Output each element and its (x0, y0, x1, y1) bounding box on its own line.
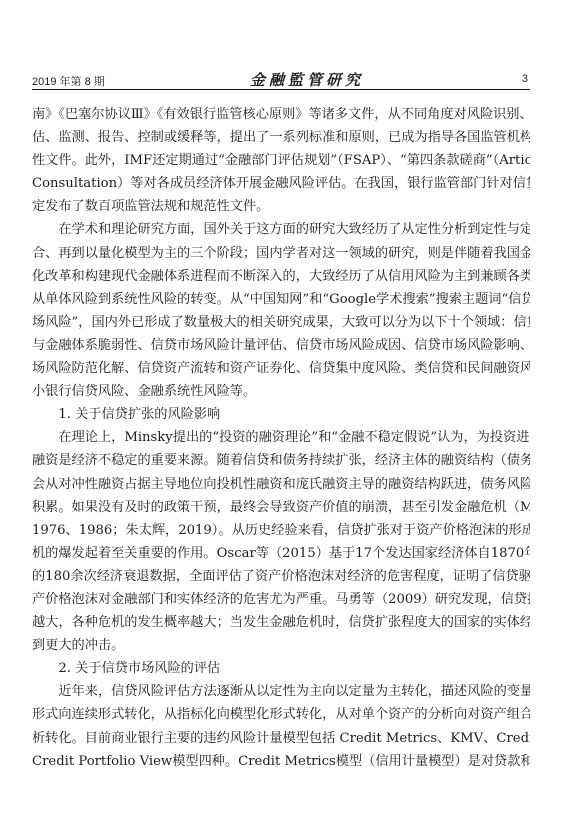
text-line: 估、监测、报告、控制或缓释等，提出了一系列标准和原则，已成为指导各国监管机构的纲… (32, 126, 530, 149)
text-line: 产价格泡沫对金融部门和实体经济的危害尤为严重。马勇等（2009）研究发现，信贷扩… (32, 588, 530, 611)
text-line: 积累。如果没有及时的政策干预，最终会导致资产价值的崩溃，甚至引发金融危机（Min… (32, 496, 530, 519)
text-line: 机的爆发起着至关重要的作用。Oscar等（2015）基于17个发达国家经济体自1… (32, 542, 530, 565)
text-line: 合、再到以量化模型为主的三个阶段；国内学者对这一领域的研究，则是伴随着我国金融市… (32, 242, 530, 265)
paragraph: 在理论上，Minsky提出的“投资的融资理论”和“金融不稳定假说”认为，为投资进… (32, 426, 530, 657)
text-line: 化改革和构建现代金融体系进程而不断深入的，大致经历了从信用风险为主到兼顾各类风险… (32, 265, 530, 288)
section-heading: 1. 关于信贷扩张的风险影响 (32, 403, 530, 426)
journal-logo: 金融監管研究 (250, 69, 364, 90)
text-line: Consultation）等对各成员经济体开展金融风险评估。在我国，银行监管部门… (32, 172, 530, 195)
text-line: 越大，各种危机的发生概率越大；当发生金融危机时，信贷扩张程度大的国家的实体经济将… (32, 611, 530, 634)
text-line: 与金融体系脆弱性、信贷市场风险计量评估、信贷市场风险成因、信贷市场风险影响、信贷… (32, 334, 530, 357)
text-line: 近年来，信贷风险评估方法逐渐从以定性为主向以定量为主转化，描述风险的变量从离散 (32, 680, 530, 703)
text-line: 从单体风险到系统性风险的转变。从“中国知网”和“Google学术搜索”搜索主题词… (32, 288, 530, 311)
text-line: Credit Portfolio View模型四种。Credit Metrics… (32, 750, 530, 773)
text-line: 场风险”，国内外已形成了数量极大的相关研究成果，大致可以分为以下十个领域：信贷扩… (32, 311, 530, 334)
text-line: 小银行信贷风险、金融系统性风险等。 (32, 380, 530, 403)
text-line: 定发布了数百项监管法规和规范性文件。 (32, 195, 530, 218)
paragraph: 南》《巴塞尔协议Ⅲ》《有效银行监管核心原则》等诸多文件，从不同角度对风险识别、计… (32, 103, 530, 218)
running-header: 2019 年第 8 期 金融監管研究 3 (32, 72, 530, 90)
text-line: 的180余次经济衰退数据，全面评估了资产价格泡沫对经济的危害程度，证明了信贷驱动… (32, 565, 530, 588)
text-line: 1. 关于信贷扩张的风险影响 (32, 403, 530, 426)
text-line: 1976、1986；朱太辉，2019）。从历史经验来看，信贷扩张对于资产价格泡沫… (32, 519, 530, 542)
text-line: 到更大的冲击。 (32, 634, 530, 657)
section-heading: 2. 关于信贷市场风险的评估 (32, 657, 530, 680)
text-line: 在学术和理论研究方面，国外关于这方面的研究大致经历了从定性分析到定性与定量相结 (32, 218, 530, 241)
page-number: 3 (522, 73, 528, 85)
text-line: 南》《巴塞尔协议Ⅲ》《有效银行监管核心原则》等诸多文件，从不同角度对风险识别、计… (32, 103, 530, 126)
issue-label: 2019 年第 8 期 (32, 73, 105, 89)
text-line: 会从对冲性融资占据主导地位向投机性融资和庞氏融资主导的融资结构跃进，债务风险不断 (32, 473, 530, 496)
text-line: 2. 关于信贷市场风险的评估 (32, 657, 530, 680)
paragraph: 在学术和理论研究方面，国外关于这方面的研究大致经历了从定性分析到定性与定量相结合… (32, 218, 530, 403)
article-body: 南》《巴塞尔协议Ⅲ》《有效银行监管核心原则》等诸多文件，从不同角度对风险识别、计… (32, 103, 530, 773)
text-line: 融资是经济不稳定的重要来源。随着信贷和债务持续扩张，经济主体的融资结构（债务结构… (32, 449, 530, 472)
paragraph: 近年来，信贷风险评估方法逐渐从以定性为主向以定量为主转化，描述风险的变量从离散形… (32, 680, 530, 772)
text-line: 析转化。目前商业银行主要的违约风险计量模型包括 Credit Metrics、K… (32, 727, 530, 750)
text-line: 性文件。此外，IMF还定期通过“金融部门评估规划”（FSAP）、“第四条款磋商”… (32, 149, 530, 172)
text-line: 在理论上，Minsky提出的“投资的融资理论”和“金融不稳定假说”认为，为投资进… (32, 426, 530, 449)
text-line: 场风险防范化解、信贷资产流转和资产证券化、信贷集中度风险、类信贷和民间融资风险、… (32, 357, 530, 380)
text-line: 形式向连续形式转化，从指标化向模型化形式转化，从对单个资产的分析向对资产组合进行… (32, 703, 530, 726)
